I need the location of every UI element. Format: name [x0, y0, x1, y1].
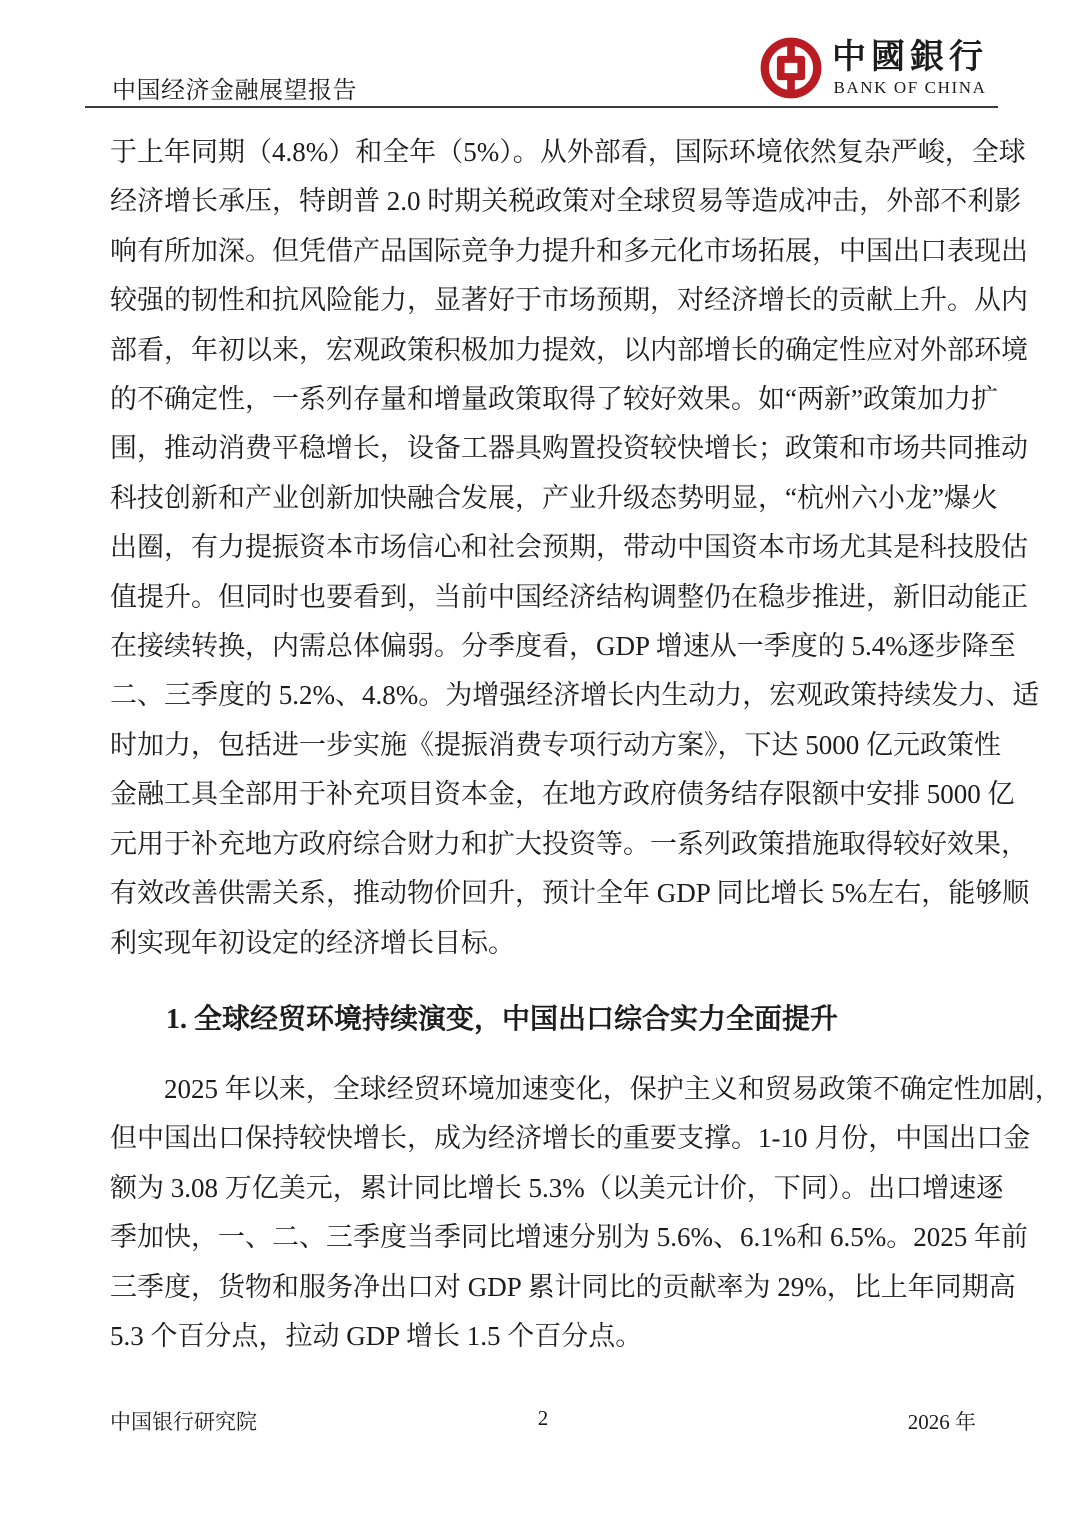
document-body: 于上年同期（4.8%）和全年（5%）。从外部看，国际环境依然复杂严峻，全球经济增… [110, 128, 976, 1361]
text-line: 值提升。但同时也要看到，当前中国经济结构调整仍在稳步推进，新旧动能正 [110, 573, 976, 622]
text-line: 响有所加深。但凭借产品国际竞争力提升和多元化市场拓展，中国出口表现出 [110, 227, 976, 276]
text-line: 二、三季度的 5.2%、4.8%。为增强经济增长内生动力，宏观政策持续发力、适 [110, 671, 976, 720]
logo-chinese-name: 中國銀行 [832, 38, 988, 78]
logo-english-name: BANK OF CHINA [833, 78, 986, 98]
text-line: 三季度，货物和服务净出口对 GDP 累计同比的贡献率为 29%，比上年同期高 [110, 1263, 976, 1312]
text-line: 围，推动消费平稳增长，设备工器具购置投资较快增长；政策和市场共同推动 [110, 424, 976, 473]
text-line: 在接续转换，内需总体偏弱。分季度看，GDP 增速从一季度的 5.4%逐步降至 [110, 622, 976, 671]
header-divider [85, 106, 998, 108]
text-line: 5.3 个百分点，拉动 GDP 增长 1.5 个百分点。 [110, 1312, 976, 1361]
text-line: 的不确定性，一系列存量和增量政策取得了较好效果。如“两新”政策加力扩 [110, 375, 976, 424]
bank-of-china-emblem-icon [759, 36, 823, 100]
text-line: 额为 3.08 万亿美元，累计同比增长 5.3%（以美元计价，下同）。出口增速逐 [110, 1164, 976, 1213]
paragraph-gdp-overview: 于上年同期（4.8%）和全年（5%）。从外部看，国际环境依然复杂严峻，全球经济增… [110, 128, 976, 968]
section-heading: 1. 全球经贸环境持续演变，中国出口综合实力全面提升 [110, 995, 976, 1044]
text-line: 较强的韧性和抗风险能力，显著好于市场预期，对经济增长的贡献上升。从内 [110, 276, 976, 325]
text-line: 出圈，有力提振资本市场信心和社会预期，带动中国资本市场尤其是科技股估 [110, 523, 976, 572]
footer-institute: 中国银行研究院 [110, 1406, 257, 1436]
text-line: 金融工具全部用于补充项目资本金，在地方政府债务结存限额中安排 5000 亿 [110, 770, 976, 819]
bank-of-china-logo: 中國銀行 BANK OF CHINA [759, 36, 988, 100]
text-line: 科技创新和产业创新加快融合发展，产业升级态势明显，“杭州六小龙”爆火 [110, 474, 976, 523]
text-line: 于上年同期（4.8%）和全年（5%）。从外部看，国际环境依然复杂严峻，全球 [110, 128, 976, 177]
text-line: 经济增长承压，特朗普 2.0 时期关税政策对全球贸易等造成冲击，外部不利影 [110, 177, 976, 226]
text-line: 时加力，包括进一步实施《提振消费专项行动方案》，下达 5000 亿元政策性 [110, 721, 976, 770]
text-line: 利实现年初设定的经济增长目标。 [110, 919, 976, 968]
text-line: 元用于补充地方政府综合财力和扩大投资等。一系列政策措施取得较好效果， [110, 820, 976, 869]
logo-wordmark: 中國銀行 BANK OF CHINA [832, 38, 988, 98]
footer-year: 2026 年 [908, 1406, 976, 1436]
page-number: 2 [538, 1406, 549, 1431]
text-line: 2025 年以来，全球经贸环境加速变化，保护主义和贸易政策不确定性加剧， [110, 1065, 976, 1114]
page-footer: 中国银行研究院 2 2026 年 [110, 1406, 976, 1436]
text-line: 部看，年初以来，宏观政策积极加力提效，以内部增长的确定性应对外部环境 [110, 326, 976, 375]
text-line: 但中国出口保持较快增长，成为经济增长的重要支撑。1-10 月份，中国出口金 [110, 1114, 976, 1163]
report-title: 中国经济金融展望报告 [112, 70, 357, 105]
paragraph-export-strength: 2025 年以来，全球经贸环境加速变化，保护主义和贸易政策不确定性加剧，但中国出… [110, 1065, 976, 1361]
document-page: 中国经济金融展望报告 中國銀行 BANK OF CHINA 于上年同期（4.8%… [0, 0, 1080, 1527]
text-line: 有效改善供需关系，推动物价回升，预计全年 GDP 同比增长 5%左右，能够顺 [110, 869, 976, 918]
text-line: 季加快，一、二、三季度当季同比增速分别为 5.6%、6.1%和 6.5%。202… [110, 1213, 976, 1262]
